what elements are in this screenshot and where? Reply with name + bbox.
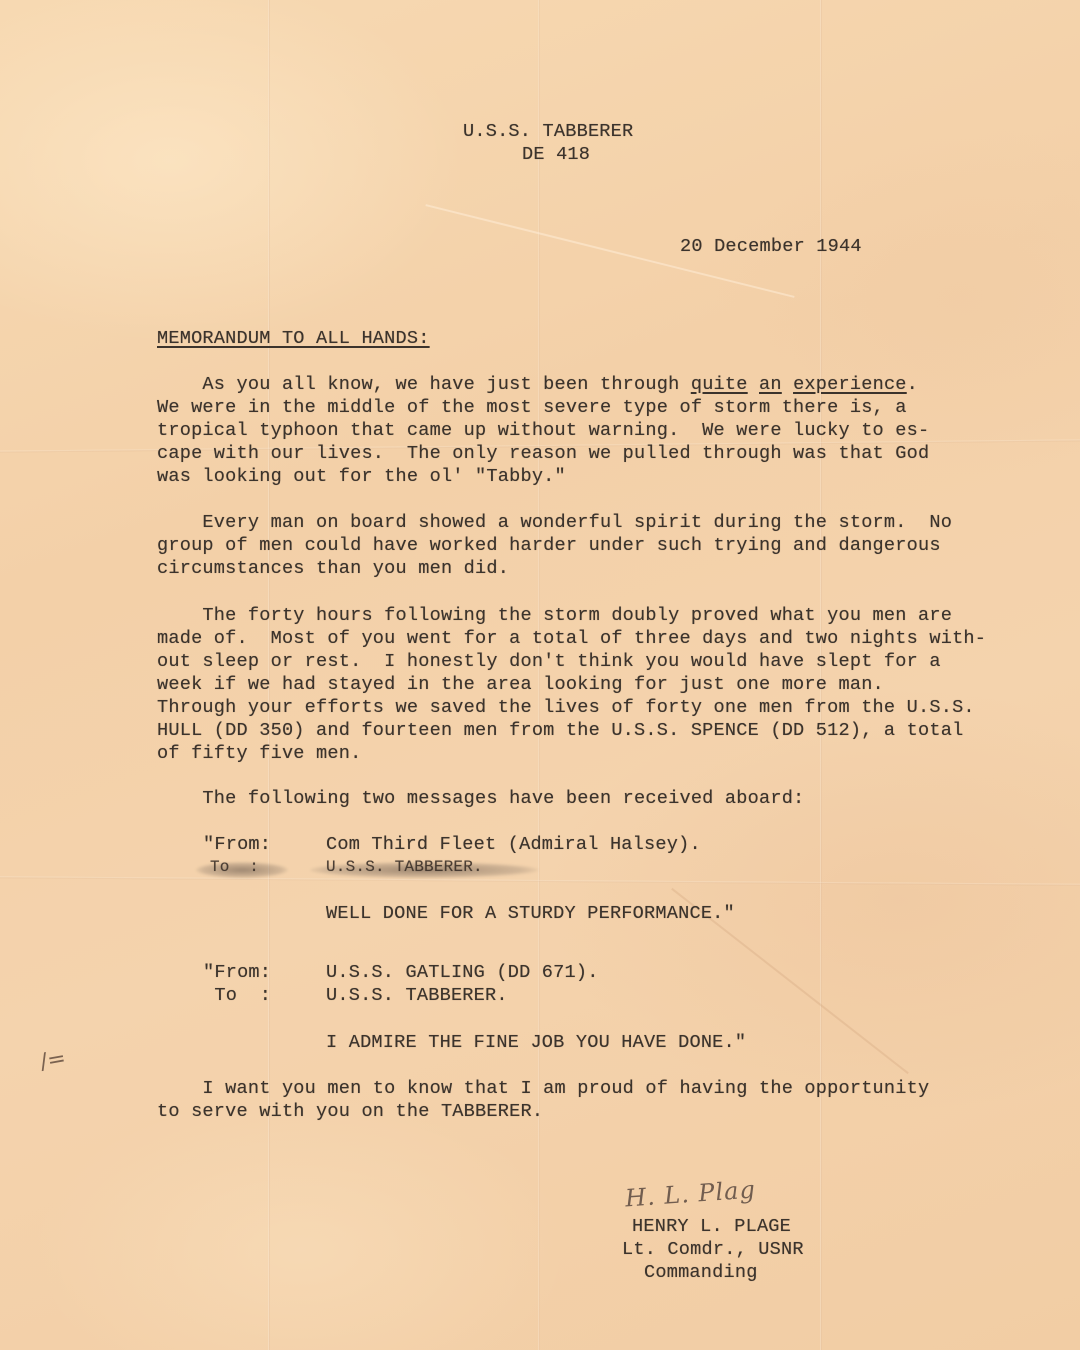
message-2-body: I ADMIRE THE FINE JOB YOU HAVE DONE.": [326, 1031, 746, 1054]
paragraph-1-line-3: tropical typhoon that came up without wa…: [157, 419, 929, 442]
paragraph-2-line-2: group of men could have worked harder un…: [157, 534, 941, 557]
paragraph-1-line-4: cape with our lives. The only reason we …: [157, 442, 929, 465]
message-1-to-value: U.S.S. TABBERER.: [326, 856, 483, 879]
underlined-phrase: an: [759, 374, 782, 395]
text-run: As you all know, we have just been throu…: [157, 374, 691, 395]
paragraph-3-line-1: The forty hours following the storm doub…: [157, 604, 952, 627]
message-1-from-value: Com Third Fleet (Admiral Halsey).: [326, 833, 701, 856]
paragraph-1-line-1: As you all know, we have just been throu…: [157, 373, 918, 396]
message-2-to-label: To :: [203, 984, 271, 1007]
message-2-from-value: U.S.S. GATLING (DD 671).: [326, 961, 599, 984]
paragraph-1-line-5: was looking out for the ol' "Tabby.": [157, 465, 566, 488]
paragraph-2-line-3: circumstances than you men did.: [157, 557, 509, 580]
text-run: .: [907, 374, 918, 395]
paper-fold-crease: [0, 876, 1080, 886]
underlined-phrase: experience: [793, 374, 907, 395]
text-run: [782, 374, 793, 395]
margin-pencil-mark: /=: [38, 1046, 68, 1075]
paragraph-3-line-2: made of. Most of you went for a total of…: [157, 627, 986, 650]
hull-number: DE 418: [522, 143, 590, 166]
paragraph-2-line-1: Every man on board showed a wonderful sp…: [157, 511, 952, 534]
memo-title: MEMORANDUM TO ALL HANDS:: [157, 327, 430, 350]
underlined-phrase: quite: [691, 374, 748, 395]
text-run: [748, 374, 759, 395]
message-1-from-label: "From:: [203, 833, 271, 856]
paragraph-3-line-5: Through your efforts we saved the lives …: [157, 696, 975, 719]
message-2-from-label: "From:: [203, 961, 271, 984]
message-1-to-label: To :: [210, 856, 259, 879]
signatory-rank: Lt. Comdr., USNR: [622, 1238, 804, 1261]
paragraph-1-line-2: We were in the middle of the most severe…: [157, 396, 907, 419]
paragraph-3-line-6: HULL (DD 350) and fourteen men from the …: [157, 719, 963, 742]
handwritten-signature: H. L. Plag: [624, 1175, 757, 1212]
ship-name: U.S.S. TABBERER: [463, 120, 633, 143]
signatory-role: Commanding: [644, 1261, 758, 1284]
closing-line-2: to serve with you on the TABBERER.: [157, 1100, 543, 1123]
memo-date: 20 December 1944: [680, 235, 862, 258]
closing-line-1: I want you men to know that I am proud o…: [157, 1077, 929, 1100]
signatory-name: HENRY L. PLAGE: [632, 1215, 791, 1238]
paragraph-3-line-4: week if we had stayed in the area lookin…: [157, 673, 884, 696]
paragraph-3-line-3: out sleep or rest. I honestly don't thin…: [157, 650, 941, 673]
message-1-body: WELL DONE FOR A STURDY PERFORMANCE.": [326, 902, 735, 925]
message-2-to-value: U.S.S. TABBERER.: [326, 984, 508, 1007]
paragraph-3-line-7: of fifty five men.: [157, 742, 361, 765]
messages-intro: The following two messages have been rec…: [157, 787, 804, 810]
